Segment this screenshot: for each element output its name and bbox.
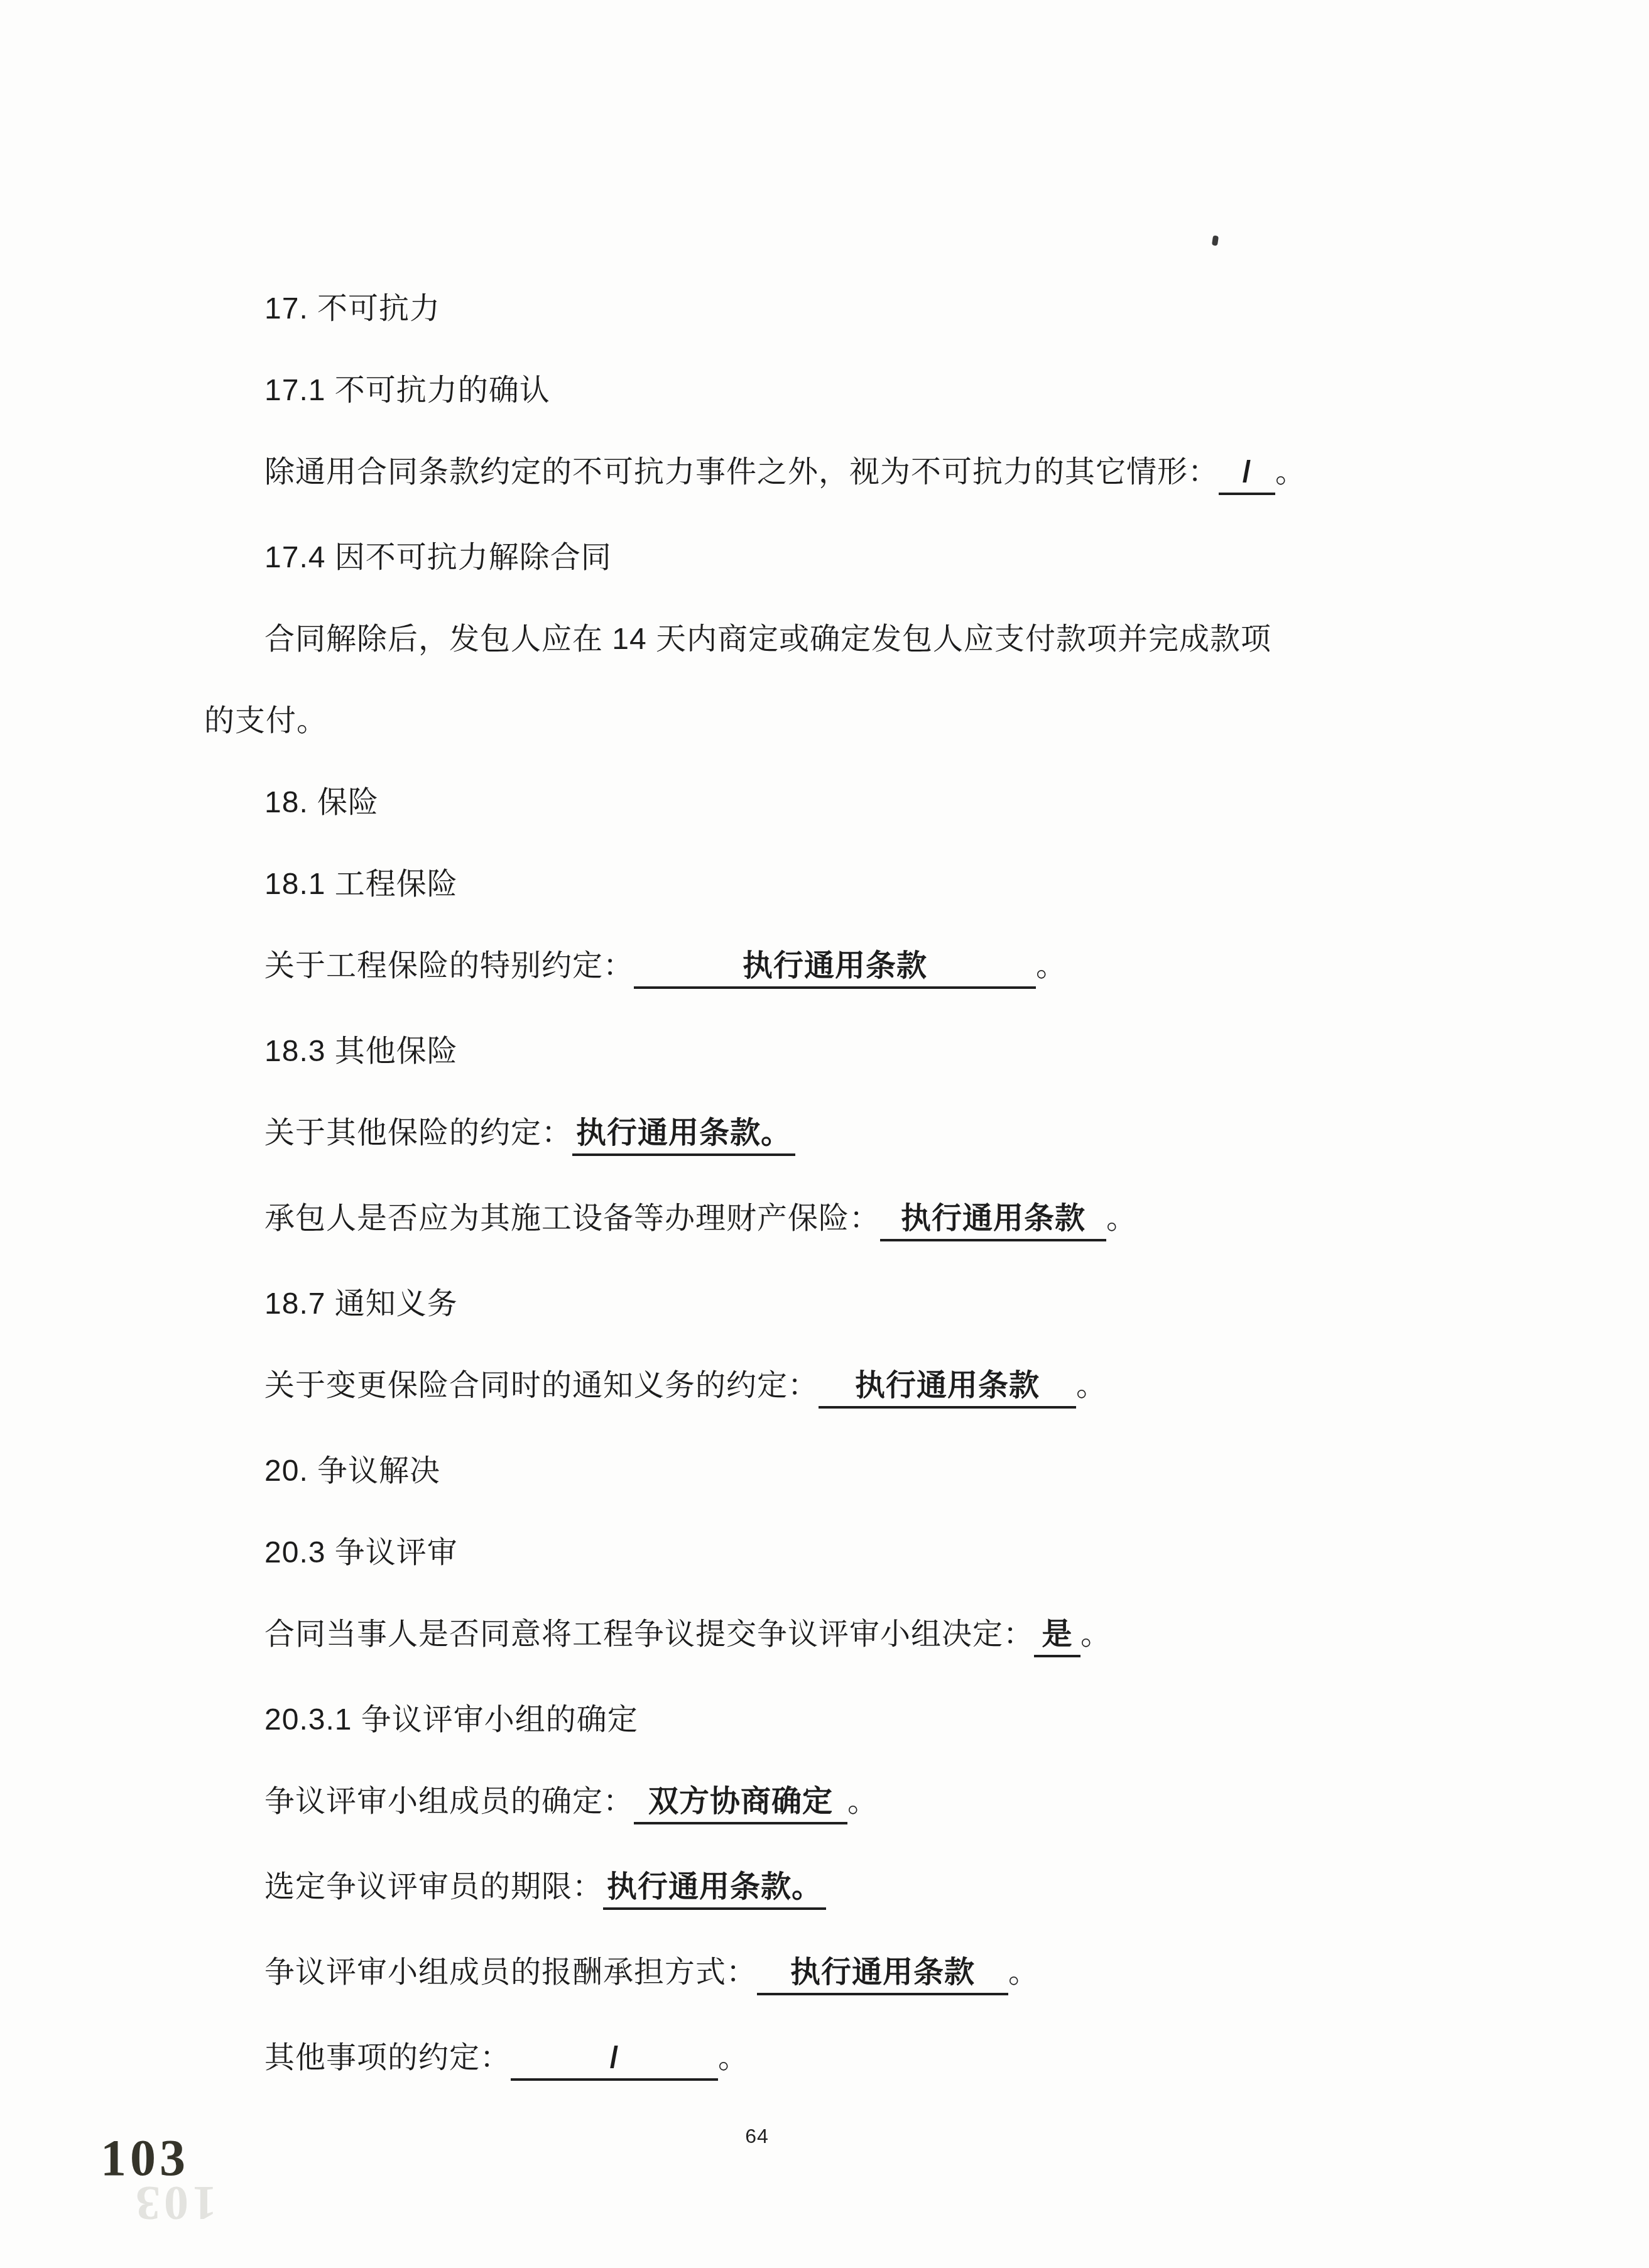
- clause-17-4-text-line2: 的支付。: [204, 702, 1310, 740]
- clause-18-1-heading: 18.1 工程保险: [204, 866, 1310, 903]
- clause-text: 除通用合同条款约定的不可抗力事件之外，视为不可抗力的其它情形：: [264, 455, 1219, 489]
- clause-20-heading: 20. 争议解决: [204, 1453, 1310, 1490]
- clause-20-3-1-text-line3: 争议评审小组成员的报酬承担方式：执行通用条款。: [204, 1954, 1310, 1995]
- fill-in-blank: 执行通用条款: [634, 947, 1036, 989]
- clause-text: 20.3.1 争议评审小组的确定: [264, 1703, 638, 1736]
- clause-text: 20. 争议解决: [264, 1454, 440, 1488]
- clause-18-1-text: 关于工程保险的特别约定：执行通用条款。: [204, 947, 1310, 989]
- clause-18-3-text-line2: 承包人是否应为其施工设备等办理财产保险：执行通用条款。: [204, 1200, 1310, 1241]
- clause-17-4-heading: 17.4 因不可抗力解除合同: [204, 539, 1310, 577]
- fill-in-blank: 双方协商确定: [634, 1783, 847, 1824]
- other-matters-text: 其他事项的约定：/。: [204, 2039, 1310, 2081]
- clause-text: 关于其他保险的约定：: [264, 1116, 572, 1150]
- clause-text: 合同当事人是否同意将工程争议提交争议评审小组决定：: [264, 1618, 1034, 1651]
- clause-text: 争议评审小组成员的确定：: [264, 1785, 634, 1818]
- fill-in-blank: 是: [1034, 1616, 1080, 1657]
- fill-in-blank: /: [511, 2039, 718, 2081]
- clause-text: 其他事项的约定：: [264, 2041, 511, 2074]
- fill-in-blank: 执行通用条款: [880, 1200, 1106, 1241]
- clause-text: 合同解除后，发包人应在 14 天内商定或确定发包人应支付款项并完成款项: [264, 623, 1271, 656]
- clause-text: 。: [1275, 455, 1306, 489]
- clause-text: 关于工程保险的特别约定：: [264, 949, 634, 983]
- clause-text: 20.3 争议评审: [264, 1536, 458, 1569]
- fill-in-blank: 执行通用条款。: [572, 1115, 795, 1156]
- clause-20-3-1-heading: 20.3.1 争议评审小组的确定: [204, 1701, 1310, 1739]
- clause-text: 争议评审小组成员的报酬承担方式：: [264, 1956, 757, 1989]
- clause-20-3-1-text-line2: 选定争议评审员的期限：执行通用条款。: [204, 1868, 1310, 1910]
- clause-text: 选定争议评审员的期限：: [264, 1870, 603, 1904]
- clause-17-heading: 17. 不可抗力: [204, 290, 1310, 328]
- clause-text: 关于变更保险合同时的通知义务的约定：: [264, 1369, 819, 1402]
- clause-text: 。: [847, 1785, 878, 1818]
- clause-20-3-1-text-line1: 争议评审小组成员的确定：双方协商确定。: [204, 1783, 1310, 1824]
- clause-17-4-text-line1: 合同解除后，发包人应在 14 天内商定或确定发包人应支付款项并完成款项: [204, 621, 1310, 658]
- clause-text: 。: [1106, 1202, 1137, 1235]
- clause-text: 17.1 不可抗力的确认: [264, 374, 550, 407]
- clause-text: 18.1 工程保险: [264, 868, 458, 901]
- fill-in-blank: /: [1219, 454, 1275, 495]
- clause-text: 。: [1008, 1956, 1039, 1989]
- clause-20-3-heading: 20.3 争议评审: [204, 1534, 1310, 1572]
- clause-text: 。: [1080, 1618, 1111, 1651]
- page-number: 64: [204, 2125, 1310, 2148]
- page-stamp: 103: [101, 2129, 189, 2188]
- contract-page: 17. 不可抗力 17.1 不可抗力的确认 除通用合同条款约定的不可抗力事件之外…: [0, 0, 1649, 2268]
- clause-text: 。: [1076, 1369, 1107, 1402]
- clause-18-7-text: 关于变更保险合同时的通知义务的约定：执行通用条款。: [204, 1367, 1310, 1409]
- clause-18-7-heading: 18.7 通知义务: [204, 1285, 1310, 1323]
- clause-17-1-text: 除通用合同条款约定的不可抗力事件之外，视为不可抗力的其它情形：/。: [204, 454, 1310, 495]
- clause-text: 。: [1036, 949, 1067, 983]
- clause-text: 18.7 通知义务: [264, 1287, 458, 1321]
- clause-text: 18. 保险: [264, 786, 379, 819]
- clause-text: 18.3 其他保险: [264, 1035, 458, 1068]
- clause-17-1-heading: 17.1 不可抗力的确认: [204, 372, 1310, 410]
- clause-text: 承包人是否应为其施工设备等办理财产保险：: [264, 1202, 880, 1235]
- clause-18-heading: 18. 保险: [204, 784, 1310, 822]
- fill-in-blank: 执行通用条款。: [603, 1868, 826, 1910]
- clause-text: 。: [718, 2041, 749, 2074]
- clause-text: 的支付。: [204, 704, 327, 738]
- clause-20-3-text: 合同当事人是否同意将工程争议提交争议评审小组决定：是。: [204, 1616, 1310, 1657]
- clause-text: 17. 不可抗力: [264, 292, 440, 325]
- fill-in-blank: 执行通用条款: [819, 1367, 1076, 1409]
- clause-18-3-text-line1: 关于其他保险的约定：执行通用条款。: [204, 1115, 1310, 1156]
- clause-text: 17.4 因不可抗力解除合同: [264, 541, 612, 574]
- fill-in-blank: 执行通用条款: [757, 1954, 1008, 1995]
- clause-18-3-heading: 18.3 其他保险: [204, 1033, 1310, 1071]
